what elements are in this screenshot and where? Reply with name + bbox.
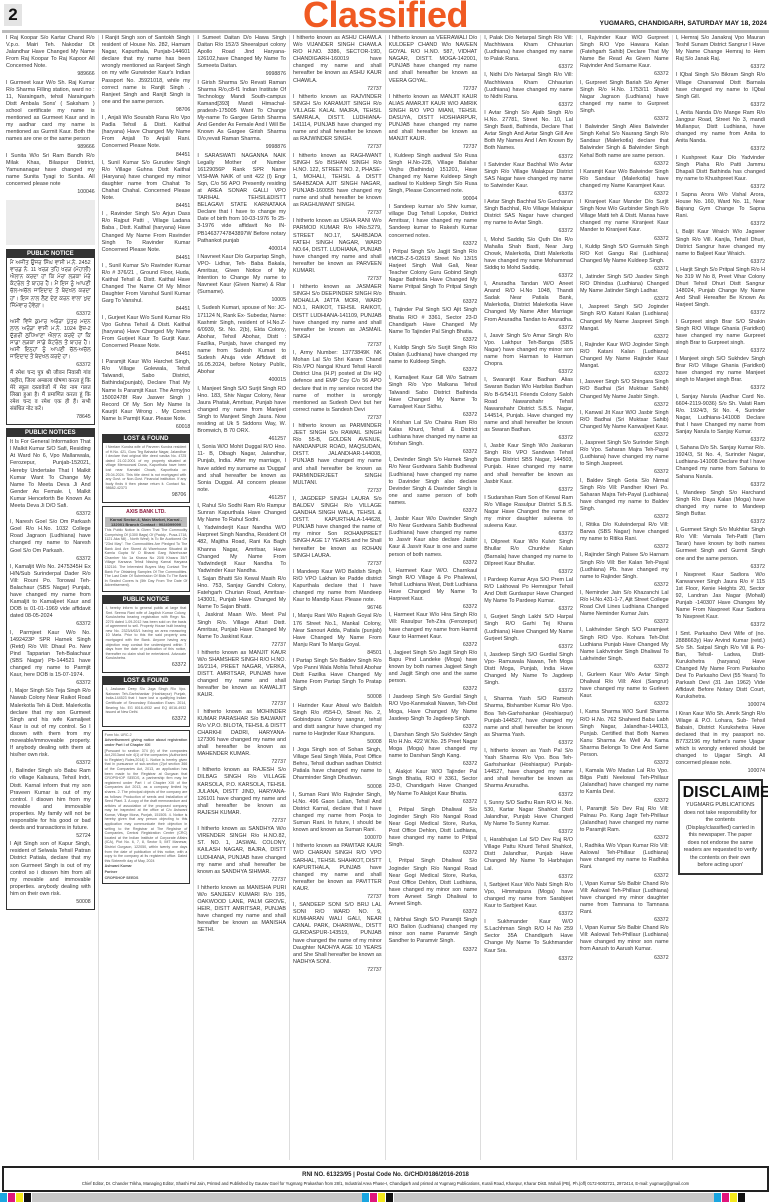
ad-code: 72737 — [197, 701, 286, 708]
grey-bar — [394, 1193, 714, 1202]
classified-ad: I , Ravinder Singh S/o Arjun Dass R/o Ra… — [102, 211, 191, 254]
ad-code: 63372 — [389, 299, 478, 306]
classified-ad: I, Harmeet Kaur W/O. Charnkaul Singh R/O… — [389, 568, 478, 603]
ad-code: 63372 — [10, 311, 91, 318]
ad-code: 63372 — [106, 716, 187, 723]
classified-ad: I, Sahana D/o Sh. Sanjay Kumar R/o. 1924… — [676, 445, 765, 480]
ad-code: 63372 — [484, 829, 573, 836]
classified-ad: I, Tajinder Pal Singh S/O Ajit Singh Bha… — [389, 307, 478, 335]
ad-code: 63372 — [389, 947, 478, 954]
classified-ad: I Krishan Lal S/o Chaina Ram R/o Kalas K… — [389, 420, 478, 448]
ad-code: 63372 — [389, 412, 478, 419]
ad-code: 60018 — [102, 424, 191, 431]
classified-ad: I, Sunny S/O Sadhu Ram R/O H. No. 530, K… — [484, 800, 573, 828]
urc-heading: Form No. URC-2 — [105, 733, 188, 738]
classified-ad: I hitherto known as PARMINDER JEET SINGH… — [293, 423, 382, 487]
ad-code: 72737 — [197, 642, 286, 649]
classified-ad: I hitherto known as ASHU CHAWLA W/o VIJA… — [293, 35, 382, 85]
classified-ad: I, Kama Sharma W/O Sunil Sharma R/O H.No… — [580, 709, 669, 759]
classified-ad: I Raj Koopar S/o Kartar Chand R/o V.p.o.… — [6, 35, 95, 70]
ad-code: 63372 — [580, 514, 669, 521]
ad-code: 98706 — [102, 107, 191, 114]
ad-code: 63372 — [580, 334, 669, 341]
ad-code: 63372 — [580, 469, 669, 476]
classified-ad: I, Ritika D/o Kulwinderpal R/o Vill: Bar… — [580, 522, 669, 543]
classified-ad: I, Manju Rani W/o Rajesh Goyal R/o 176 S… — [293, 613, 382, 648]
urc-form-notice: Form No. URC-2Advertisement giving notic… — [102, 730, 191, 884]
ad-code: 52724 — [10, 833, 91, 840]
ad-code: 63372 — [484, 874, 573, 881]
color-swatch — [730, 1193, 737, 1202]
classified-ad: I Satvinder Kaur Bachhal W/o Avtar Singh… — [484, 162, 573, 190]
classified-columns: I Raj Koopar S/o Kartar Chand R/o V.p.o.… — [3, 35, 768, 1160]
classified-ad: I Harinder Kaur Atwal w/o Baldish Singh … — [293, 703, 382, 738]
ad-code: 63372 — [484, 688, 573, 695]
ad-code: 10005 — [197, 297, 286, 304]
classified-ad: I Manjeet singh S/O Sukhdev Singh Brar R… — [676, 356, 765, 384]
color-swatch — [8, 1193, 15, 1202]
ad-code: 72737 — [293, 86, 382, 93]
classified-ad: I hitherto known as MOHINDER KUMAR PARAS… — [197, 709, 286, 759]
classified-ad: I, Devinder Singh S/o Harnek Singh R/o N… — [389, 457, 478, 507]
ad-code: 72737 — [293, 967, 382, 974]
ad-code: 63372 — [484, 956, 573, 963]
ad-code: 400014 — [197, 246, 286, 253]
notice-item: I, Balinder Singh s/o Babu Ram r/o villa… — [10, 768, 91, 832]
ad-code: 84451 — [102, 306, 191, 313]
classified-ad: I Mandeep Kaur W/O Baldish Singh R/O VPO… — [293, 569, 382, 604]
ad-code: 63372 — [389, 724, 478, 731]
column-3: I Sumeet Daitan D/o Hawa Singh Daitan R/… — [194, 35, 290, 1160]
classified-ad: I, Sudesh Kumari, spouse of No: JC-17112… — [197, 305, 286, 376]
classified-ad: I Navpreet Kaur Sadiora W/o Kanwarveer S… — [676, 572, 765, 622]
classified-ad: I, Alakjot Kaur W/O Tajinder Pal Singh B… — [389, 769, 478, 797]
ad-code: 400015 — [197, 377, 286, 384]
ad-code: 63372 — [484, 644, 573, 651]
axis-branch: Karnal Sector-4, Main Market, Karnal - 1… — [105, 517, 188, 527]
ad-code: 63372 — [484, 369, 573, 376]
ad-code: 63372 — [389, 449, 478, 456]
classified-ad: I Kiran Kaur W/o Sh. Amrik Singh R/o Vil… — [676, 711, 765, 768]
ad-code: 63372 — [10, 760, 91, 767]
classified-ad: I, Nidhi D/o Netarpal Singh R/o Vill: Ma… — [484, 72, 573, 100]
ad-code: 63372 — [389, 241, 478, 248]
classified-ad: I Pardeep Kumar Arya S/O Prem Lal R/O La… — [484, 577, 573, 605]
notice-box: LOST & FOUNDI, Jaskaran Deep S/o Joga Si… — [102, 676, 191, 727]
classified-ad: I, Army Number: 13773849K NK Mohan Lal S… — [293, 350, 382, 414]
notice-item: I, Parmjeet Kaur W/o No. 1492423P SPR Ha… — [10, 630, 91, 680]
ad-code: 72737 — [293, 210, 382, 217]
classified-ad: I, Nirbhai Singh S/O Paramjit Singh R/O … — [389, 917, 478, 945]
classified-ad: I Joga Singh son of Sohan Singh, Village… — [293, 747, 382, 782]
ad-code: 72737 — [293, 415, 382, 422]
classified-ad: I, Baljit Kaur Wraich W/o Jagseer Singh … — [676, 229, 765, 257]
classified-ad: I, Gurmeet Singh S/o Mukhtiar Singh R/o … — [676, 527, 765, 562]
ad-code: 9998876 — [197, 144, 286, 151]
ad-code: 84451 — [102, 351, 191, 358]
ad-code: 72737 — [197, 877, 286, 884]
masthead: 2 Classified YUGMARG, CHANDIGARH, SATURD… — [0, 0, 771, 30]
ad-code: 50008 — [293, 694, 382, 701]
classified-ad: I, Sajan Bhatti S/o Kewal Masih R/o Hno.… — [197, 576, 286, 611]
classified-ad: I, Jaskirat Maan W/o. Meet Pal Singh R/o… — [197, 612, 286, 640]
ad-code: 100074 — [676, 768, 765, 775]
column-8: I, Hemraj S/o Janakraj Vpo Mauran Teshil… — [673, 35, 768, 1160]
ad-code: 63372 — [484, 606, 573, 613]
classified-ad: I hitherto known as PAWITAR KAUR W/O CHA… — [293, 843, 382, 893]
ad-code: 63372 — [580, 917, 669, 924]
classified-ad: I Sunita W/o Sri Ram Bandh R/o Milak Kha… — [6, 153, 95, 188]
ad-code: 63372 — [484, 273, 573, 280]
ad-code: 63372 — [580, 619, 669, 626]
ad-code: 63372 — [484, 569, 573, 576]
classified-ad: I, Rahul S/o Sodhi Ram R/o Rampur Sunran… — [197, 503, 286, 524]
ad-code: 63372 — [580, 664, 669, 671]
column-1: I Raj Koopar S/o Kartar Chand R/o V.p.o.… — [3, 35, 99, 1160]
ad-code: 63372 — [676, 184, 765, 191]
classified-ad: I, Harabhajan Lal S/O Dev Raj R/O Villag… — [484, 837, 573, 872]
ad-code: 100046 — [6, 189, 95, 196]
classified-ad: I, Yadwinderjit Kaur Nandha W/O Harpreet… — [197, 525, 286, 575]
classified-ad: I hitherto known as RAGHWANT SINGH S/o B… — [293, 153, 382, 210]
color-swatch — [362, 1193, 369, 1202]
classified-ad: I, Sanjay Narula (Aadhar Card No. 6604-2… — [676, 394, 765, 437]
credits-line: Chief Editor, Dr. Chander Trikha, Managi… — [4, 1180, 767, 1188]
ad-code: 63372 — [580, 582, 669, 589]
classified-ad: I, Darshan Singh S/o Sukhdev Singh R/o H… — [389, 732, 478, 760]
classified-ad: I hitherto known as MANISHA PURI W/o SAN… — [197, 885, 286, 935]
ad-code: 63372 — [676, 385, 765, 392]
classified-ad: I, Hemraj S/o Janakraj Vpo Mauran Teshil… — [676, 35, 765, 63]
ad-code: 72737 — [389, 144, 478, 151]
notice-text: I, Jaskaran Deep S/o Joga Singh R/o Vpo.… — [106, 687, 187, 715]
classified-ad: I Kiranjeet Kaur Mander D/o Surjit Singh… — [580, 199, 669, 234]
notice-box: PUBLIC NOTICEI, hereby inform to general… — [102, 595, 191, 673]
classified-ad: I, Manjeet Singh S/O Surjit Singh RO Hno… — [197, 386, 286, 436]
urc-signatory: Ashwani Kumar — [105, 864, 188, 869]
classified-ad: I Sukhmander Kaur W/O S.Lachhman Singh R… — [484, 919, 573, 954]
ad-code: 72737 — [197, 759, 286, 766]
ad-code: 63372 — [580, 955, 669, 962]
ad-code: 63372 — [580, 191, 669, 198]
ad-code: 98706 — [106, 492, 187, 499]
classified-ad: I, Vipan Kumar S/o Balbir Chand R/o Vill… — [580, 881, 669, 916]
ad-code: 63372 — [580, 236, 669, 243]
axis-bank-notice: AXIS BANK LTD.Karnal Sector-4, Main Mark… — [102, 506, 191, 592]
ad-code: 989666 — [6, 144, 95, 151]
classified-ad: I Girish Sharma S/o Revati Raman Sharma … — [197, 80, 286, 144]
ad-code: 63372 — [676, 564, 765, 571]
ad-code: 63372 — [389, 850, 478, 857]
ad-code: 63372 — [389, 367, 478, 374]
ad-code: 461257 — [197, 495, 286, 502]
classified-ad: I Smt. Parkasho Devi Wife of (no. 288866… — [676, 631, 765, 702]
ad-code: 63372 — [484, 325, 573, 332]
classified-ad: I Balwinder Singh Alies Balwinder Singh … — [580, 124, 669, 159]
classified-ad: I, Jasvir Singh S/o Amar Singh R/o Vpo. … — [484, 333, 573, 368]
ad-code: 84451 — [102, 152, 191, 159]
ad-code: 72737 — [293, 488, 382, 495]
ad-code: 63372 — [389, 799, 478, 806]
classified-ad: I hitherto known as MANJIT KAUR W/o SHAM… — [197, 650, 286, 700]
ad-code: 63372 — [676, 259, 765, 266]
classified-ad: I, Sunil Kumar S/o Gurudev Singh R/o Vil… — [102, 160, 191, 203]
notice-item: It Is For General Information That I Mal… — [10, 439, 91, 510]
color-swatch — [24, 1193, 31, 1202]
classified-ad: I, Rajinder Singh Paisee S/o Harnam Sing… — [580, 552, 669, 580]
ad-code: 63372 — [10, 362, 91, 369]
masthead-rule — [2, 30, 769, 33]
classified-ad: I Navneet Kaur D/o Gurpartap Singh, VPO-… — [197, 254, 286, 297]
ad-code: 72737 — [293, 342, 382, 349]
ad-code: 63372 — [10, 621, 91, 628]
disclaimer-heading: DISCLAIMER — [683, 784, 758, 802]
classified-ad: I Gurpreet singh Brar S/O Shakin Singh R… — [676, 319, 765, 347]
registration-bar — [0, 1193, 771, 1202]
classified-ad: I, Kamaljeet Kaur Gill W/o Satnam Singh … — [389, 375, 478, 410]
ad-code: 63372 — [484, 102, 573, 109]
ad-code: 63372 — [676, 146, 765, 153]
ad-code: 50008 — [293, 784, 382, 791]
ad-code: 63372 — [10, 556, 91, 563]
classified-ad: I, Kamala W/o Madan Lal R/o Vpo. Bilga P… — [580, 768, 669, 796]
classified-ad: I hitherto known as VEERAWALI D/o KULDEE… — [389, 35, 478, 85]
notice-item: मैं रमेश चन्द पुत्र श्री जीवन निवासी गां… — [10, 370, 91, 413]
notice-heading: PUBLIC NOTICE — [7, 250, 94, 258]
classified-ad: I, Paramjit S/o Dev Raj R/o Vill: Palnau… — [580, 806, 669, 834]
notice-heading: LOST & FOUND — [103, 435, 190, 443]
classified-ad: I, Sharma Yash S/O Ramesh Sharma, Bisham… — [484, 696, 573, 739]
classified-ad: I, Rajvinder Kaur W/O Gurpreet Singh R/O… — [580, 35, 669, 70]
ad-code: 63372 — [676, 221, 765, 228]
classified-ad: I, Anita Nanda D/o Mange Ram R/o Jangpur… — [676, 110, 765, 145]
classified-ad: I, Kuldeep Singh aadiwal S/o Rusa Singh … — [389, 153, 478, 196]
ad-code: 63372 — [676, 64, 765, 71]
ad-code: 63372 — [484, 191, 573, 198]
ad-code: 63372 — [676, 348, 765, 355]
ad-code: 84501 — [293, 650, 382, 657]
classified-ad: I, Jasveer Singh S/O Shingara Singh R/O … — [580, 379, 669, 400]
disclaimer-box: DISCLAIMERYUGMARG PUBLICATIONS does not … — [678, 779, 763, 875]
ad-code: 63372 — [389, 604, 478, 611]
ad-code: 63372 — [484, 154, 573, 161]
ad-code: 50008 — [10, 899, 91, 906]
ad-code: 63372 — [676, 102, 765, 109]
column-2: I Ranjit Singh son of Santokh Singh resi… — [99, 35, 195, 1160]
ad-code: 63372 — [484, 792, 573, 799]
ad-code: 989666 — [6, 71, 95, 78]
ad-code: 63372 — [580, 266, 669, 273]
classified-ad: I, Jatinder Singh S/O Jasdev Singh R/O D… — [580, 274, 669, 295]
ad-code: 63372 — [676, 622, 765, 629]
ad-code: 63372 — [484, 64, 573, 71]
disclaimer-text: YUGMARG PUBLICATIONS does not take respo… — [683, 802, 758, 870]
classified-ad: I, Palak D/o Netarpal Singh R/o Vill: Ma… — [484, 35, 573, 63]
ad-code: 100070 — [293, 835, 382, 842]
dateline: YUGMARG, CHANDIGARH, SATURDAY MAY 18, 20… — [600, 20, 767, 27]
ad-code: 100074 — [676, 702, 765, 709]
ad-code: 63372 — [389, 909, 478, 916]
classified-ad: I, Baldev Singh Goria S/o Nirmal Singh R… — [580, 478, 669, 513]
classified-ad: I Sudarshan Ram Son of Kewal Ram R/o Vil… — [484, 495, 573, 530]
ad-code: 63372 — [389, 560, 478, 567]
ad-code: 72737 — [293, 276, 382, 283]
ad-code: 50008 — [293, 739, 382, 746]
notice-box: PUBLIC NOTICESIt Is For General Informat… — [6, 428, 95, 910]
imprint-footer: RNI NO. 61323/95 | Postal Code No. G/CHD… — [2, 1166, 769, 1192]
urc-role: Partner — [105, 870, 188, 875]
notice-box: PUBLIC NOTICEਮੈਂ ਅਜੀਤ ਉਜਰ ਸਿੰਘ ਵਾਸੀ ਮ.ਨੰ… — [6, 249, 95, 425]
notice-heading: PUBLIC NOTICES — [7, 429, 94, 437]
urc-subheading: Advertisement giving notice about regist… — [105, 738, 188, 747]
classified-ad: I, hitherto known as Yash Pal S/o Yash S… — [484, 748, 573, 791]
classified-ad: I, Gurpreet Singh Bariah S/o Ajmer Singh… — [580, 80, 669, 115]
ad-code: 63372 — [580, 701, 669, 708]
ad-code: 63372 — [676, 519, 765, 526]
axis-bank-logo: AXIS BANK LTD. — [105, 509, 188, 516]
classified-ad: I Avtar Singh Bachhal S/o Gurcharan Sing… — [484, 199, 573, 227]
classified-ad: I, Harmeet Kaur W/o Hira Singh R/o Vill:… — [389, 612, 478, 640]
classified-ad: I Sapna Arora W/o Vishal Arora, House No… — [676, 192, 765, 220]
column-5: I hitherto known as VEERAWALI D/o KULDEE… — [386, 35, 482, 1160]
ad-code: 63372 — [580, 873, 669, 880]
classified-ad: I Kushpreet Kaur D/o Yadvinder Singh Pla… — [676, 155, 765, 183]
classified-ad: I, Jasbir Kaur Singh W/o Jaskaran Singh … — [484, 443, 573, 486]
notice-item: I, Kamaljit W/o No. 2475345H Ex H/N/Sub … — [10, 564, 91, 621]
ad-code: 63372 — [484, 228, 573, 235]
color-swatch — [386, 1193, 393, 1202]
ad-code: 63372 — [676, 437, 765, 444]
classified-ad: I, Kuldip Singh S/O Gurmukh Singh R/O Ko… — [580, 244, 669, 265]
classified-ad: I, Kuldip Singh S/o Surjit Singh R/o Ota… — [389, 345, 478, 366]
classified-ad: I, Neminder Jain S/o Khazanchi Lal R/o H… — [580, 590, 669, 618]
classified-ad: I Partap Singh S/o Baldev Singh R/o Vpo … — [293, 658, 382, 693]
ad-code: 63372 — [580, 116, 669, 123]
classified-ad: I hitherto known as USHA RANI W/o PARMOD… — [293, 218, 382, 275]
notice-text: I Neelam Kundra wife of Parveen Kundra r… — [106, 445, 187, 491]
classified-ad: I, Rajinder Kaur W/O Joginder Singh R/O … — [580, 342, 669, 370]
color-swatch — [714, 1193, 721, 1202]
classified-ad: I , Gurjeet Kaur W/o Sunil Kumar R/o Vpo… — [102, 315, 191, 350]
classified-ad: I, Kanwal Jit Kaur W/O Jasbir Singh R/O … — [580, 410, 669, 431]
ad-code: 84451 — [102, 255, 191, 262]
ad-code: 63372 — [389, 337, 478, 344]
ad-code: 9998876 — [197, 71, 286, 78]
classified-ad: I, Swaranjit Kaur Badhan Alias Swaran Ba… — [484, 377, 573, 434]
classified-ad: I, Sonia W/O Mohit Duggal R/O Hno. 11- B… — [197, 444, 286, 494]
classified-ad: I, Jaspreet Singh S/O Joginder Singh R/O… — [580, 304, 669, 332]
ad-code: 63372 — [676, 482, 765, 489]
classified-ad: I, Gurjeet Singh Lakhi S/O Harpal Singh … — [484, 614, 573, 642]
classified-ad: I, Dilpreet Kaur W/o Kulvir Singh Bhulla… — [484, 539, 573, 567]
ad-code: 63372 — [484, 435, 573, 442]
ad-code: 78645 — [10, 414, 91, 421]
classified-ad: I , Sunil Kumar S/o Ravinder Kumar R/o #… — [102, 263, 191, 306]
ad-code: 72737 — [389, 86, 478, 93]
classified-ad: I Gurmeet kaur W/o Sh. Raj Kumar R/o Sha… — [6, 80, 95, 144]
ad-code: 63372 — [580, 402, 669, 409]
classified-ad: I hitherto known as RAJVINDER SINGH S/o … — [293, 94, 382, 144]
classified-ad: I hitherto known as RAJESH S/o DILBAG SI… — [197, 767, 286, 817]
ad-code: 84451 — [102, 203, 191, 210]
ad-code: 63372 — [106, 662, 187, 669]
classified-ad: I, Sarbjeet Kaur W/o Nabi Singh R/o Vpo,… — [484, 882, 573, 910]
classified-ad: I Karamjit Kaur W/o Balwinder Singh R/o … — [580, 169, 669, 190]
column-6: I, Palak D/o Netarpal Singh R/o Vill: Ma… — [481, 35, 577, 1160]
ad-code: 63372 — [580, 371, 669, 378]
urc-company: CROPSHOP SEEDS — [105, 876, 188, 881]
classified-ad: I, Jagjeet Singh S/o Jagjit Singh R/o Ba… — [389, 650, 478, 685]
classified-ad: I, Mohd Saddiq S/o Quth Din R/o Mahalla … — [484, 237, 573, 272]
classified-ad: I hitherto known as JASMAER SINGH S/o DE… — [293, 284, 382, 341]
color-swatch — [16, 1193, 23, 1202]
ad-code: 63372 — [580, 544, 669, 551]
ad-code: 461257 — [197, 436, 286, 443]
ad-code: 72737 — [197, 818, 286, 825]
axis-text: This Public Notice Is Given That The Com… — [105, 528, 188, 588]
ad-code: 63372 — [389, 761, 478, 768]
classified-ad: I, Jaspreet Singh S/o Surinder Singh R/o… — [580, 440, 669, 468]
ad-code: 63372 — [580, 161, 669, 168]
classified-ad: I, Pritpal Singh Dhaliwal S/o Joginder S… — [389, 807, 478, 850]
color-swatch — [370, 1193, 377, 1202]
notice-text: I, hereby inform to general public at la… — [106, 606, 187, 661]
ad-code: 63372 — [10, 680, 91, 687]
classified-ad: I, Mandeep Singh S/o Harchand Singh R/o … — [676, 490, 765, 518]
classified-ad: I, Jasdeep Singh S/O Gurdial Singh Vpo- … — [484, 652, 573, 687]
ad-code: 63372 — [580, 432, 669, 439]
ad-code: 96746 — [293, 605, 382, 612]
classified-ad: I Sumeet Daitan D/o Hawa Singh Daitan R/… — [197, 35, 286, 70]
classified-ad: I, Anuradha Tandan W/O Aneet Anand R/O H… — [484, 281, 573, 324]
ad-code: 63372 — [580, 798, 669, 805]
notice-heading: LOST & FOUND — [103, 677, 190, 685]
classified-ad: I, Pritpal Singh Dhaliwal S/o Joginder S… — [389, 858, 478, 908]
classified-ad: I , Anjali W/o Sourabh Rana R/o Vpo Padl… — [102, 115, 191, 150]
ad-code: 63372 — [484, 487, 573, 494]
classified-ad: I, Gurleen Kaur W/o Avtar Singh Dhaliwal… — [580, 672, 669, 700]
urc-text: [Pursuant to section 374 (b) of the comp… — [105, 749, 188, 864]
classified-ad: I, Harjit Singh S/o Pritpal Singh R/o H … — [676, 267, 765, 310]
color-swatch — [722, 1193, 729, 1202]
notice-item: ਅਸੀਂ ਵਿਜੇ ਕੁਮਾਰ ਅਰੋੜਾ ਪੁੱਤਰ ਮਦਨ ਲਾਲ ਅਰੋੜ… — [10, 319, 91, 362]
ad-code: 72737 — [293, 894, 382, 901]
classified-ad: I, JAGDEEP SINGH LAURA S/o BALDEV SINGH … — [293, 496, 382, 560]
classified-ad: I Ranjit Singh son of Santokh Singh resi… — [102, 35, 191, 106]
classified-ad: I Avtar Singh S/o Ajaib Singh R/o H.No. … — [484, 110, 573, 153]
classified-ad: I, Suman Rani W/o Rajinder Singh, H.No. … — [293, 792, 382, 835]
classified-ad: I Jasdeep Singh S/o Gurdial Singh R/O Vp… — [389, 694, 478, 722]
classified-ad: I Sandeep kumar s/o Shiv kumar, village … — [389, 204, 478, 239]
classified-ad: I IQbal Singh S/o Bikram Singh R/o Villa… — [676, 72, 765, 100]
classified-ad: I, Jasbir Kaur W/o Davinder Singh R/o Ne… — [389, 516, 478, 559]
ad-code: 63372 — [10, 511, 91, 518]
ad-code: 72737 — [293, 144, 382, 151]
ad-code: 63372 — [389, 508, 478, 515]
ad-code: 63372 — [484, 740, 573, 747]
ad-code: 63372 — [676, 310, 765, 317]
blank-ad-space — [6, 200, 95, 245]
ad-code: 63372 — [580, 760, 669, 767]
ad-code: 63372 — [484, 911, 573, 918]
ad-code: 63372 — [580, 71, 669, 78]
classified-ad: I, Radhika W/o Vipan Kumar R/o Vill: Aal… — [580, 843, 669, 871]
classified-ad: I, Lakhvinder Singh S/O Paramjeet Singh … — [580, 627, 669, 662]
notice-box: LOST & FOUNDI Neelam Kundra wife of Parv… — [102, 434, 191, 503]
classified-ad: I, Vipan Kumar S/o Balbir Chand R/o Vill… — [580, 925, 669, 953]
classified-ad: I Pritpal Singh S/o Jagjit Singh R/o #MC… — [389, 249, 478, 299]
ad-code: 90004 — [389, 196, 478, 203]
